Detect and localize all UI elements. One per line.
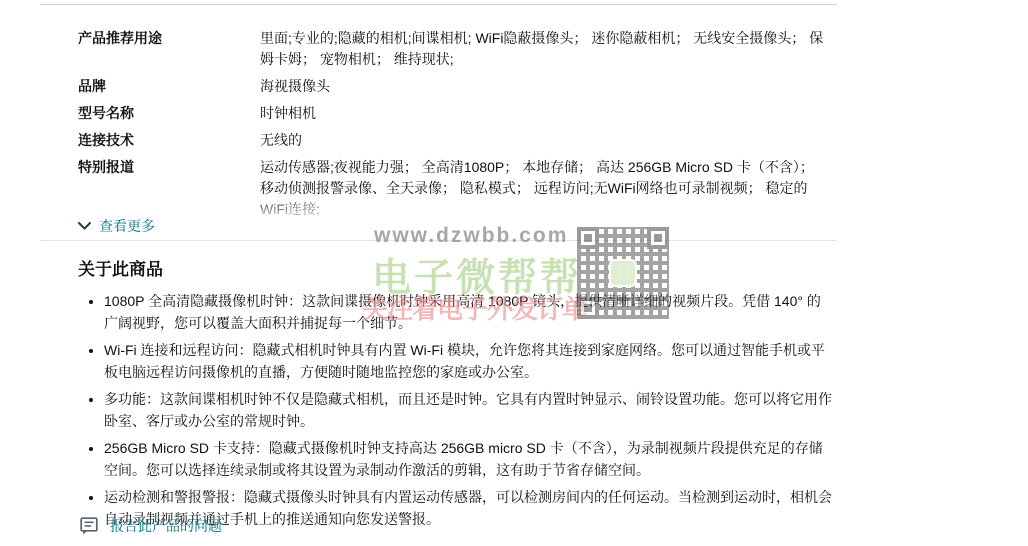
about-section: 关于此商品 1080P 全高清隐藏摄像机时钟：这款间谍摄像机时钟采用高清 108… [78,255,832,536]
detail-value: 里面;专业的;隐藏的相机;间谍相机; WiFi隐蔽摄像头； 迷你隐蔽相机； 无线… [260,28,830,70]
watermark-url: www.dzwbb.com [374,224,568,248]
list-item: 256GB Micro SD 卡支持：隐藏式摄像机时钟支持高达 256GB mi… [104,438,832,481]
section-divider [40,240,837,241]
detail-value: 无线的 [260,130,830,151]
detail-value-truncated: 运动传感器;夜视能力强； 全高清1080P； 本地存储； 高达 256GB Mi… [260,157,830,219]
top-divider [40,4,837,5]
chevron-down-icon [78,222,91,230]
report-link-label: 报告此产品的问题 [110,516,222,536]
product-detail-page: 产品推荐用途 里面;专业的;隐藏的相机;间谍相机; WiFi隐蔽摄像头； 迷你隐… [0,0,1028,546]
product-details-table: 产品推荐用途 里面;专业的;隐藏的相机;间谍相机; WiFi隐蔽摄像头； 迷你隐… [78,28,830,225]
report-flag-icon [80,517,99,535]
see-more-label: 查看更多 [99,217,155,235]
table-row: 特别报道 运动传感器;夜视能力强； 全高清1080P； 本地存储； 高达 256… [78,157,830,219]
table-row: 产品推荐用途 里面;专业的;隐藏的相机;间谍相机; WiFi隐蔽摄像头； 迷你隐… [78,28,830,70]
table-row: 型号名称 时钟相机 [78,103,830,124]
report-product-link[interactable]: 报告此产品的问题 [80,516,222,536]
feature-bullet-list: 1080P 全高清隐藏摄像机时钟：这款间谍摄像机时钟采用高清 1080P 镜头，… [78,291,832,530]
detail-value: 海视摄像头 [260,76,830,97]
detail-label: 型号名称 [78,103,260,124]
detail-value-text: 运动传感器;夜视能力强； 全高清1080P； 本地存储； 高达 256GB Mi… [260,157,830,219]
list-item: Wi-Fi 连接和远程访问：隐藏式相机时钟具有内置 Wi-Fi 模块，允许您将其… [104,340,832,383]
qr-finder-pattern [647,227,669,249]
detail-label: 品牌 [78,76,260,97]
see-more-link[interactable]: 查看更多 [78,217,155,235]
detail-label: 产品推荐用途 [78,28,260,70]
table-row: 品牌 海视摄像头 [78,76,830,97]
detail-label: 连接技术 [78,130,260,151]
section-title: 关于此商品 [78,255,832,280]
list-item: 1080P 全高清隐藏摄像机时钟：这款间谍摄像机时钟采用高清 1080P 镜头，… [104,291,832,334]
table-row: 连接技术 无线的 [78,130,830,151]
detail-value: 时钟相机 [260,103,830,124]
list-item: 多功能：这款间谍相机时钟不仅是隐藏式相机，而且还是时钟。它具有内置时钟显示、闹铃… [104,389,832,432]
detail-label: 特别报道 [78,157,260,219]
qr-finder-pattern [577,227,599,249]
